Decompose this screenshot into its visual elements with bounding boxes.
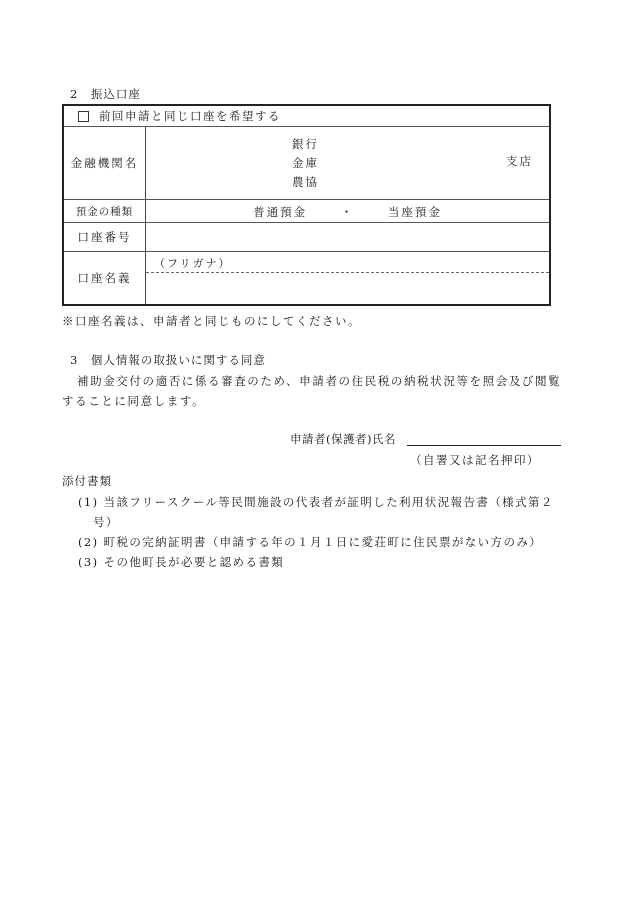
account-holder-field[interactable]: （フリガナ） — [146, 252, 549, 304]
deposit-type-field[interactable]: 普通預金 ・ 当座預金 — [146, 200, 549, 222]
deposit-option-separator: ・ — [341, 205, 355, 219]
bank-type-shinkin: 金庫 — [292, 154, 319, 173]
account-number-row: 口座番号 — [64, 223, 549, 252]
consent-paragraph-line1: 補助金交付の適否に係る審査のため、申請者の住民税の納税状況等を照会及び閲覧 — [77, 373, 561, 389]
deposit-type-row: 預金の種類 普通預金 ・ 当座預金 — [64, 200, 549, 223]
attachment-item-1-cont: 号） — [93, 514, 119, 530]
deposit-type-label: 預金の種類 — [64, 200, 146, 222]
furigana-label: （フリガナ） — [154, 255, 231, 271]
account-name-note: ※口座名義は、申請者と同じものにしてください。 — [62, 313, 361, 329]
same-account-row[interactable]: 前回申請と同じ口座を希望する — [64, 106, 549, 127]
section-3-title: 3 個人情報の取扱いに関する同意 — [70, 352, 266, 368]
attachment-item-2: (2) 町税の完納証明書（申請する年の１月１日に愛荘町に住民票がない方のみ） — [78, 534, 542, 550]
consent-paragraph-line2: することに同意します。 — [62, 393, 205, 409]
attachment-item-1: (1) 当該フリースクール等民間施設の代表者が証明した利用状況報告書（様式第２ — [78, 494, 554, 510]
deposit-option-ordinary[interactable]: 普通預金 — [253, 205, 307, 219]
bank-type-ja: 農協 — [292, 173, 319, 192]
account-holder-row: 口座名義 （フリガナ） — [64, 252, 549, 304]
bank-label: 金融機関名 — [64, 127, 146, 199]
furigana-divider — [146, 272, 549, 273]
signature-label: 申請者(保護者)氏名 — [290, 431, 396, 447]
account-number-field[interactable] — [146, 223, 549, 251]
bank-type-list: 銀行 金庫 農協 — [292, 135, 319, 192]
branch-suffix: 支店 — [506, 153, 533, 169]
bank-type-bank: 銀行 — [292, 135, 319, 154]
section-2-title: 2 振込口座 — [70, 86, 141, 102]
bank-account-table: 前回申請と同じ口座を希望する 金融機関名 銀行 金庫 農協 支店 預金の種類 普… — [62, 104, 551, 306]
account-number-label: 口座番号 — [64, 223, 146, 251]
deposit-option-checking[interactable]: 当座預金 — [388, 205, 442, 219]
same-account-label: 前回申請と同じ口座を希望する — [99, 108, 281, 124]
attachments-title: 添付書類 — [62, 473, 112, 489]
signature-note: （自署又は記名押印） — [410, 452, 540, 468]
bank-row: 金融機関名 銀行 金庫 農協 支店 — [64, 127, 549, 200]
bank-field[interactable]: 銀行 金庫 農協 支店 — [146, 127, 549, 199]
signature-field[interactable] — [407, 445, 561, 446]
account-holder-label: 口座名義 — [64, 252, 146, 304]
attachment-item-3: (3) その他町長が必要と認める書類 — [78, 554, 284, 570]
same-account-checkbox[interactable] — [78, 111, 89, 122]
